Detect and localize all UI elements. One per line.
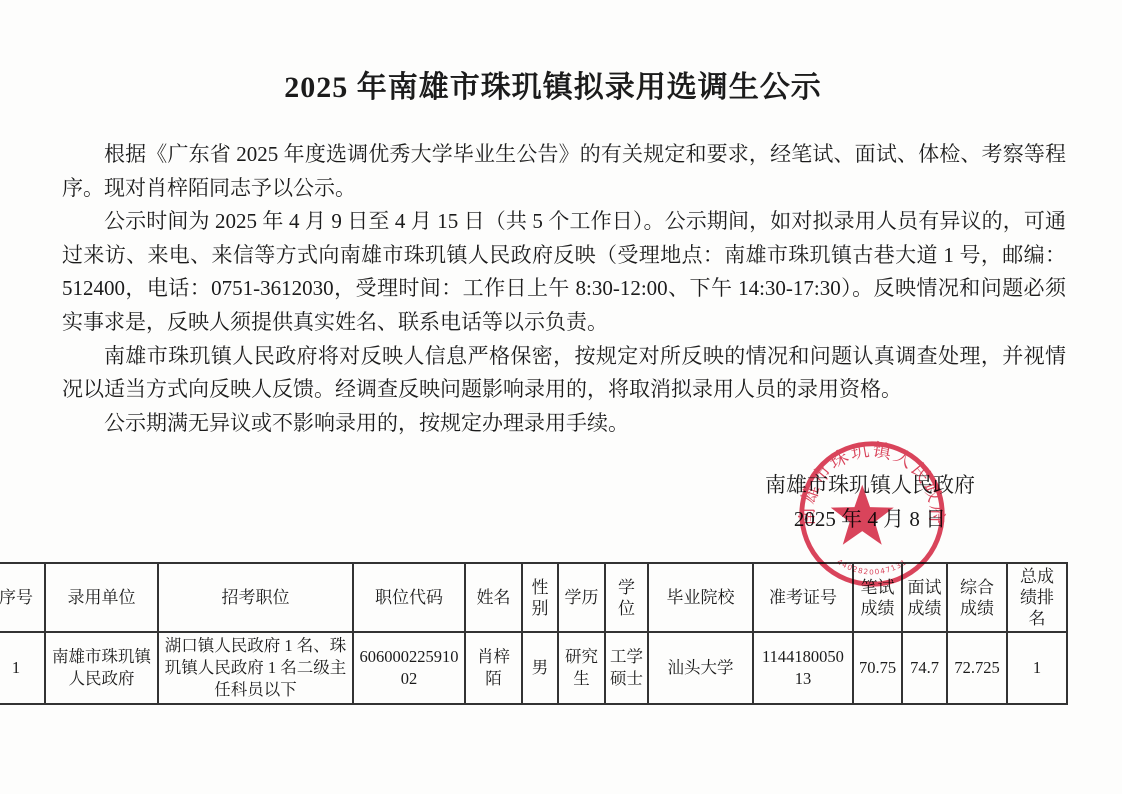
cell-position-code: 60600022591002 (353, 632, 465, 704)
cell-position: 湖口镇人民政府 1 名、珠玑镇人民政府 1 名二级主任科员以下 (158, 632, 353, 704)
header-cell-gender: 性别 (522, 563, 558, 632)
cell-name: 肖梓陌 (465, 632, 522, 704)
cell-interview-score: 74.7 (902, 632, 947, 704)
cell-seq: 1 (0, 632, 45, 704)
document-body: 根据《广东省 2025 年度选调优秀大学毕业生公告》的有关规定和要求，经笔试、面… (62, 138, 1066, 440)
cell-school: 汕头大学 (648, 632, 753, 704)
header-cell-name: 姓名 (465, 563, 522, 632)
svg-text:4402820047131: 4402820047131 (835, 557, 908, 576)
paragraph: 南雄市珠玑镇人民政府将对反映人信息严格保密，按规定对所反映的情况和问题认真调查处… (62, 340, 1066, 407)
header-cell-position: 招考职位 (158, 563, 353, 632)
seal-star-icon (831, 485, 894, 545)
header-cell-seq: 序号 (0, 563, 45, 632)
cell-total-score: 72.725 (947, 632, 1007, 704)
cell-exam-id: 114418005013 (753, 632, 853, 704)
paragraph: 公示时间为 2025 年 4 月 9 日至 4 月 15 日（共 5 个工作日）… (62, 205, 1066, 339)
header-cell-school: 毕业院校 (648, 563, 753, 632)
cell-employer: 南雄市珠玑镇人民政府 (45, 632, 158, 704)
header-cell-rank: 总成绩排名 (1007, 563, 1067, 632)
official-seal-icon: 南雄市珠玑镇人民政府 4402820047131 (794, 436, 950, 592)
document-title: 2025 年南雄市珠玑镇拟录用选调生公示 (0, 62, 1106, 106)
seal-serial: 4402820047131 (835, 557, 908, 576)
cell-gender: 男 (522, 632, 558, 704)
header-cell-degree: 学位 (605, 563, 648, 632)
header-cell-total-score: 综合成绩 (947, 563, 1007, 632)
cell-written-score: 70.75 (853, 632, 902, 704)
document-page: 2025 年南雄市珠玑镇拟录用选调生公示 根据《广东省 2025 年度选调优秀大… (0, 0, 1122, 794)
header-cell-position-code: 职位代码 (353, 563, 465, 632)
paragraph: 根据《广东省 2025 年度选调优秀大学毕业生公告》的有关规定和要求，经笔试、面… (62, 138, 1066, 205)
header-cell-education: 学历 (558, 563, 605, 632)
cell-degree: 工学硕士 (605, 632, 648, 704)
cell-education: 研究生 (558, 632, 605, 704)
cell-rank: 1 (1007, 632, 1067, 704)
header-cell-employer: 录用单位 (45, 563, 158, 632)
table-row: 1 南雄市珠玑镇人民政府 湖口镇人民政府 1 名、珠玑镇人民政府 1 名二级主任… (0, 632, 1067, 704)
